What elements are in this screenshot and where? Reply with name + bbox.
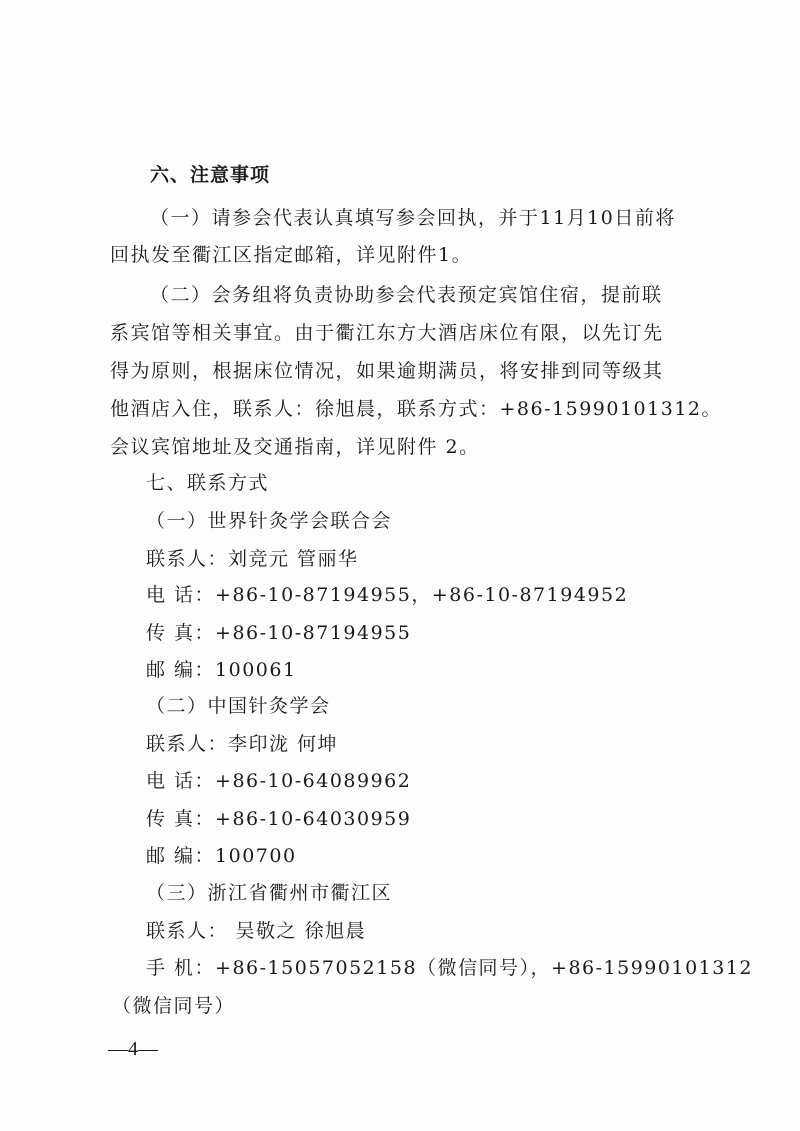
note-2-line-5: 会议宾馆地址及交通指南，详见附件 2。	[110, 432, 480, 459]
org-1-name: （一）世界针灸学会联合会	[146, 506, 392, 533]
page-number: —4—	[108, 1038, 158, 1061]
section-heading-contacts: 七、联系方式	[146, 468, 269, 495]
org-2-postcode: 邮 编：100700	[146, 841, 297, 868]
note-2-line-2: 系宾馆等相关事宜。由于衢江东方大酒店床位有限，以先订先	[110, 318, 664, 345]
org-2-contact: 联系人：李印泷 何坤	[146, 729, 338, 756]
note-2-line-1: （二）会务组将负责协助参会代表预定宾馆住宿，提前联	[150, 280, 663, 307]
org-3-name: （三）浙江省衢州市衢江区	[146, 878, 392, 905]
note-2-line-3: 得为原则，根据床位情况，如果逾期满员，将安排到同等级其	[110, 356, 664, 383]
org-1-phone: 电 话：+86-10-87194955，+86-10-87194952	[146, 580, 628, 607]
note-1-line-1: （一）请参会代表认真填写参会回执，并于11月10日前将	[150, 203, 676, 230]
note-1-line-2: 回执发至衢江区指定邮箱，详见附件1。	[110, 240, 472, 267]
org-2-fax: 传 真：+86-10-64030959	[146, 804, 411, 831]
org-2-phone: 电 话：+86-10-64089962	[146, 766, 411, 793]
org-1-postcode: 邮 编：100061	[146, 655, 297, 682]
note-2-line-4: 他酒店入住，联系人：徐旭晨，联系方式：+86-15990101312。	[110, 394, 722, 421]
org-2-name: （二）中国针灸学会	[146, 691, 331, 718]
section-heading-notes: 六、注意事项	[150, 160, 270, 187]
org-1-contact: 联系人：刘竞元 管丽华	[146, 544, 359, 571]
org-1-fax: 传 真：+86-10-87194955	[146, 618, 411, 645]
org-3-contact: 联系人： 吴敬之 徐旭晨	[146, 916, 366, 943]
org-3-mobile: 手 机：+86-15057052158（微信同号），+86-1599010131…	[146, 953, 753, 980]
org-3-mobile-continued: （微信同号）	[112, 991, 235, 1018]
